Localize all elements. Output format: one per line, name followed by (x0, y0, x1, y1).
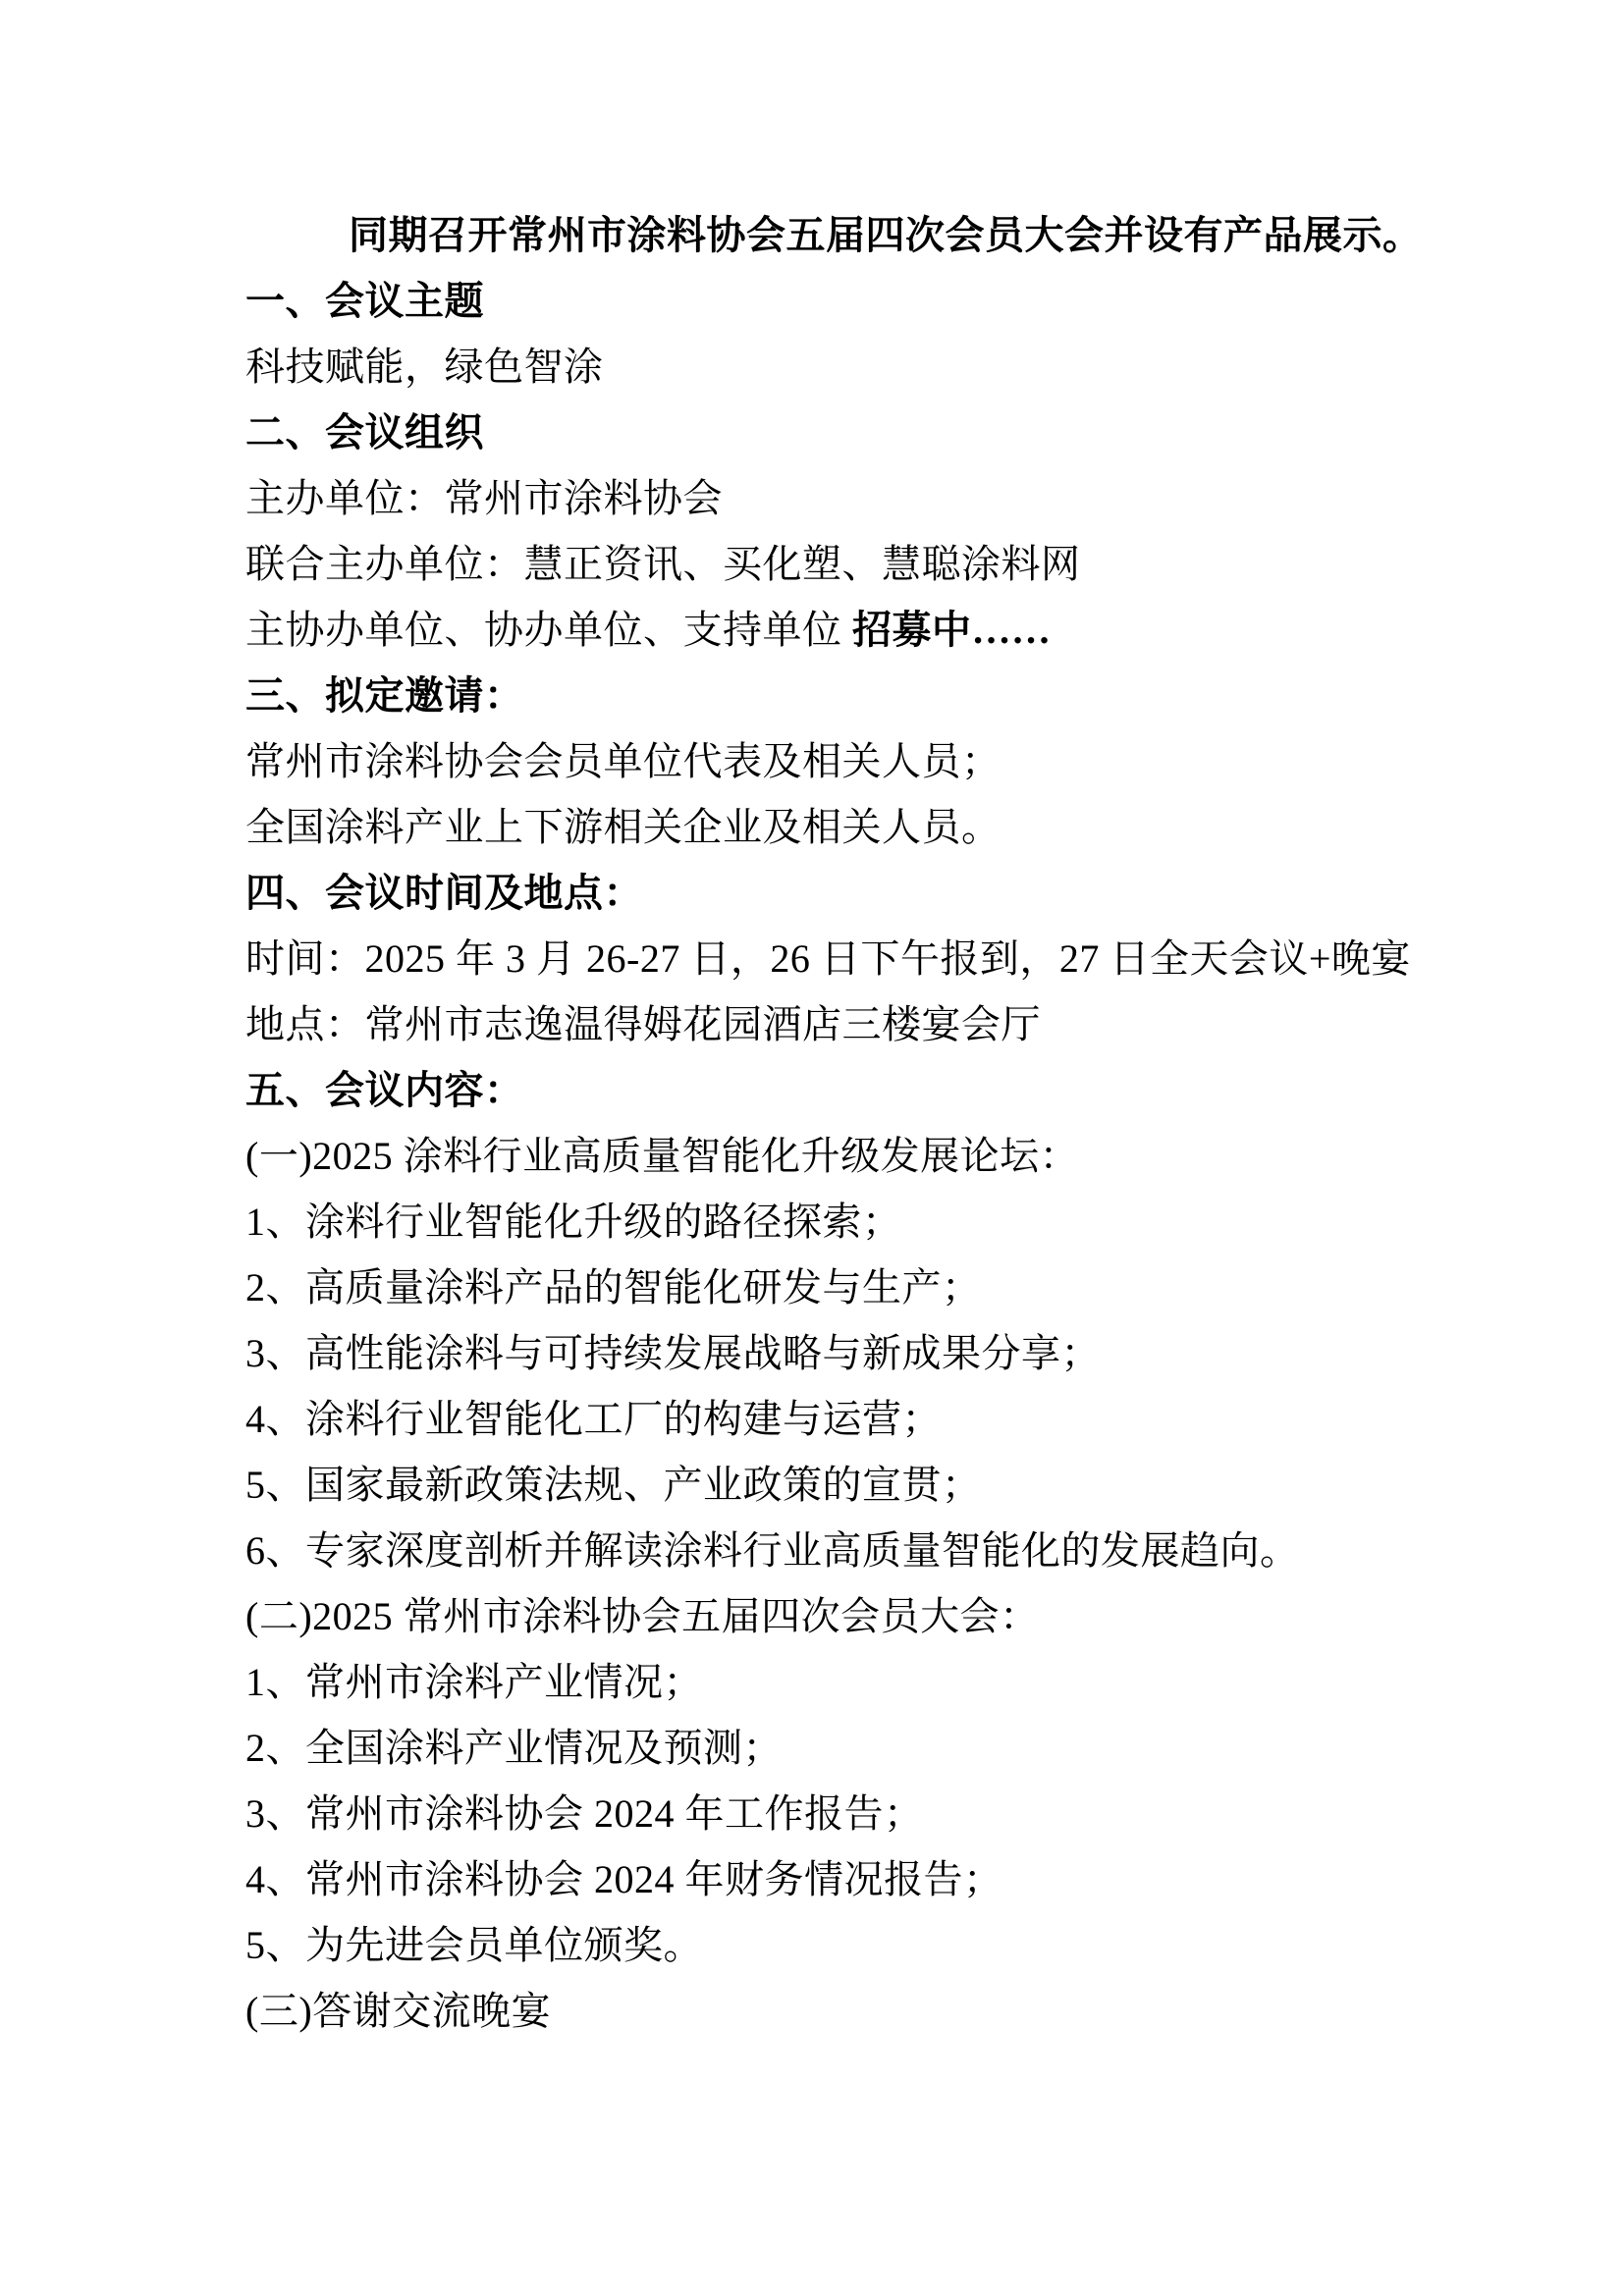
heading-time-and-place: 四、会议时间及地点： (245, 860, 1398, 926)
part2-item-1: 1、常州市涂料产业情况； (245, 1649, 1398, 1715)
part2-title: (二)2025 常州市涂料协会五届四次会员大会： (245, 1583, 1398, 1649)
heading-proposed-invitation: 三、拟定邀请： (245, 663, 1398, 728)
part1-item-6: 6、专家深度剖析并解读涂料行业高质量智能化的发展趋向。 (245, 1518, 1398, 1583)
part2-item-3: 3、常州市涂料协会 2024 年工作报告； (245, 1781, 1398, 1846)
invitee-industry-line: 全国涂料产业上下游相关企业及相关人员。 (245, 794, 1398, 860)
meeting-venue-line: 地点：常州市志逸温得姆花园酒店三楼宴会厅 (245, 991, 1398, 1057)
host-unit-line: 主办单位：常州市涂料协会 (245, 465, 1398, 531)
part2-item-2: 2、全国涂料产业情况及预测； (245, 1715, 1398, 1781)
part1-item-5: 5、国家最新政策法规、产业政策的宣贯； (245, 1452, 1398, 1518)
joint-host-units-line: 联合主办单位：慧正资讯、买化塑、慧聪涂料网 (245, 531, 1398, 597)
part1-item-3: 3、高性能涂料与可持续发展战略与新成果分享； (245, 1320, 1398, 1386)
part2-item-4: 4、常州市涂料协会 2024 年财务情况报告； (245, 1846, 1398, 1912)
meeting-time-line: 时间：2025 年 3 月 26-27 日，26 日下午报到，27 日全天会议+… (245, 926, 1398, 991)
part1-item-1: 1、涂料行业智能化升级的路径探索； (245, 1189, 1398, 1255)
part1-item-4: 4、涂料行业智能化工厂的构建与运营； (245, 1386, 1398, 1452)
heading-meeting-theme: 一、会议主题 (245, 268, 1398, 334)
recruiting-status: 招募中…… (852, 608, 1052, 652)
part3-title: (三)答谢交流晚宴 (245, 1978, 1398, 2044)
heading-meeting-organization: 二、会议组织 (245, 400, 1398, 465)
invitee-members-line: 常州市涂料协会会员单位代表及相关人员； (245, 728, 1398, 794)
support-units-prefix: 主协办单位、协办单位、支持单位 (245, 608, 852, 652)
heading-meeting-content: 五、会议内容： (245, 1057, 1398, 1123)
meeting-theme-text: 科技赋能，绿色智涂 (245, 334, 1398, 400)
intro-paragraph: 同期召开常州市涂料协会五届四次会员大会并设有产品展示。 (245, 202, 1398, 268)
document-page: 同期召开常州市涂料协会五届四次会员大会并设有产品展示。 一、会议主题 科技赋能，… (0, 0, 1624, 2296)
part1-item-2: 2、高质量涂料产品的智能化研发与生产； (245, 1255, 1398, 1320)
support-units-line: 主协办单位、协办单位、支持单位 招募中…… (245, 597, 1398, 663)
part2-item-5: 5、为先进会员单位颁奖。 (245, 1912, 1398, 1978)
part1-title: (一)2025 涂料行业高质量智能化升级发展论坛： (245, 1123, 1398, 1189)
